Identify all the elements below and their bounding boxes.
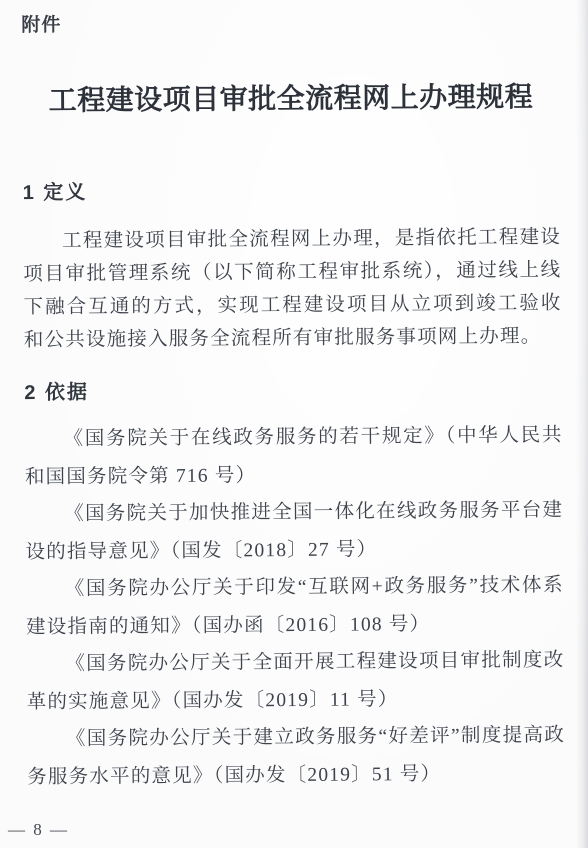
reference-item: 《国务院办公厅关于全面开展工程建设项目审批制度改革的实施意见》（国办发〔2019… bbox=[26, 642, 565, 721]
scanned-document-page: 附件 工程建设项目审批全流程网上办理规程 1 定义 工程建设项目审批全流程网上办… bbox=[0, 0, 588, 848]
reference-item: 《国务院关于在线政务服务的若干规定》（中华人民共和国国务院令第 716 号） bbox=[24, 417, 563, 496]
reference-item: 《国务院关于加快推进全国一体化在线政务服务平台建设的指导意见》（国发〔2018〕… bbox=[25, 492, 564, 571]
section-heading-basis: 2 依据 bbox=[24, 377, 562, 405]
reference-item: 《国务院办公厅关于印发“互联网+政务服务”技术体系建设指南的通知》（国办函〔20… bbox=[26, 567, 565, 646]
document-content: 附件 工程建设项目审批全流程网上办理规程 1 定义 工程建设项目审批全流程网上办… bbox=[0, 0, 588, 796]
page-number: — 8 — bbox=[8, 820, 69, 840]
section-heading-definition: 1 定义 bbox=[23, 177, 561, 205]
definition-paragraph: 工程建设项目审批全流程网上办理，是指依托工程建设项目审批管理系统（以下简称工程审… bbox=[23, 221, 562, 357]
document-title: 工程建设项目审批全流程网上办理规程 bbox=[22, 75, 560, 119]
attachment-label: 附件 bbox=[21, 6, 559, 37]
reference-item: 《国务院办公厅关于建立政务服务“好差评”制度提高政务服务水平的意见》（国办发〔2… bbox=[27, 717, 566, 796]
reference-list: 《国务院关于在线政务服务的若干规定》（中华人民共和国国务院令第 716 号） 《… bbox=[24, 417, 565, 796]
